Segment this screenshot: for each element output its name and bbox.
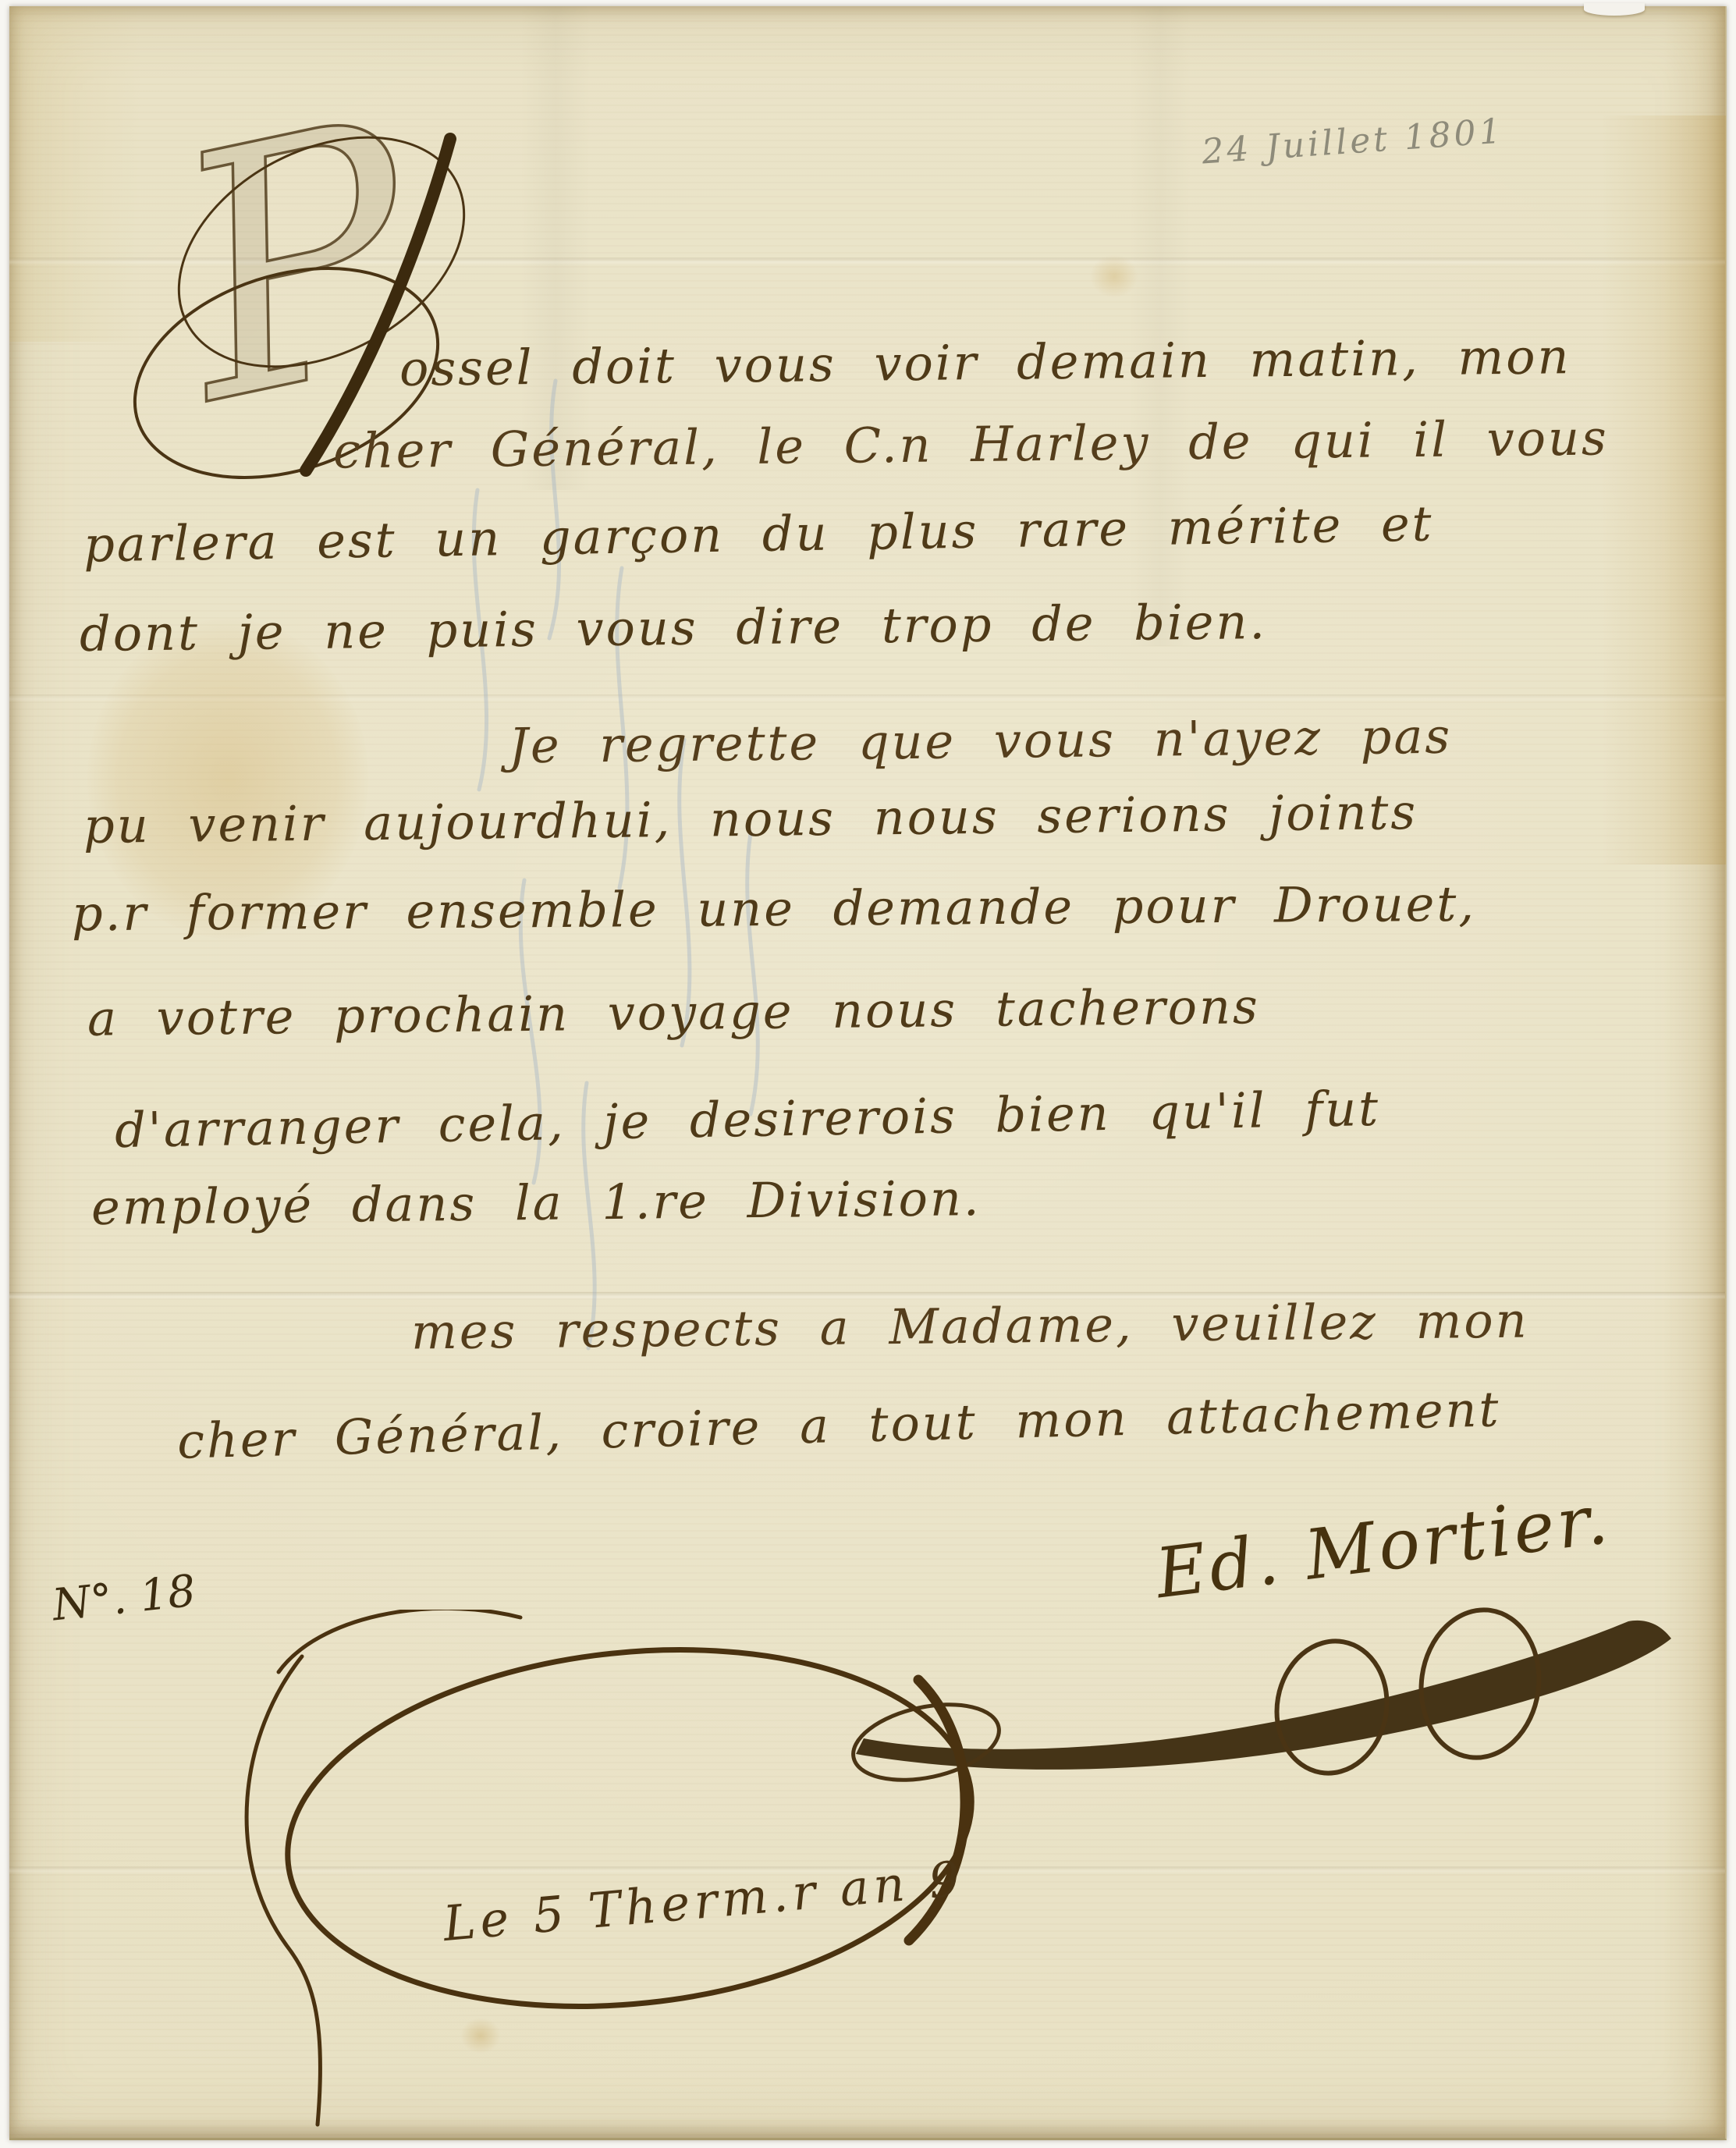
body-line: employé dans la 1.re Division. <box>91 1170 982 1236</box>
letter-scan: 24 Juillet 1801 P ossel doit vous voir d… <box>0 0 1736 2148</box>
body-line: mes respects a Madame, veuillez mon <box>411 1292 1529 1361</box>
signature-paraph-flourish <box>832 1590 1699 1793</box>
body-line: parlera est un garçon du plus rare mérit… <box>83 495 1435 573</box>
stain-small-spot-1 <box>1090 254 1138 298</box>
body-line: cher Général, le C.n Harley de qui il vo… <box>333 409 1610 479</box>
body-line: dont je ne puis vous dire trop de bien. <box>80 593 1268 662</box>
body-line: cher Général, croire a tout mon attachem… <box>176 1380 1501 1469</box>
body-line: a votre prochain voyage nous tacherons <box>87 978 1260 1047</box>
body-line: p.r former ensemble une demande pour Dro… <box>72 875 1476 943</box>
bleedthrough-strokes <box>384 334 1024 1411</box>
docket-number: N°. 18 <box>50 1566 198 1631</box>
fold-line-upper-middle <box>9 694 1725 702</box>
body-line: pu venir aujourdhui, nous nous serions j… <box>83 783 1418 854</box>
vertical-fold-left <box>520 6 591 490</box>
letter-paper: 24 Juillet 1801 P ossel doit vous voir d… <box>9 6 1727 2140</box>
stain-top-left <box>9 6 142 342</box>
signature: Ed. Mortier. <box>1152 1479 1615 1614</box>
stain-small-spot-2 <box>460 2018 501 2054</box>
body-line: Je regrette que vous n'ayez pas <box>509 708 1453 775</box>
pencil-date-annotation: 24 Juillet 1801 <box>1201 112 1505 172</box>
paper-edge-chip <box>1584 3 1645 16</box>
stain-right-band <box>1601 115 1726 865</box>
dateline: Le 5 Therm.r an 9 <box>441 1850 967 1952</box>
body-line: ossel doit vous voir demain matin, mon <box>399 328 1571 397</box>
stain-right-edge <box>1663 6 1726 2138</box>
paraph-stroke <box>856 1621 1671 1770</box>
body-line: d'arranger cela, je desirerois bien qu'i… <box>114 1080 1380 1159</box>
